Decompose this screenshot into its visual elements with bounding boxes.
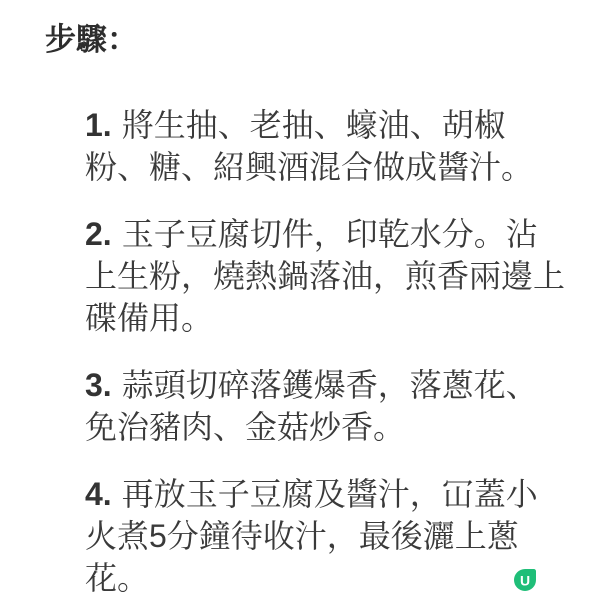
step-number: 4. (85, 476, 112, 512)
step-line: 粉、糖、紹興酒混合做成醬汁。 (85, 146, 573, 188)
step-number: 1. (85, 107, 112, 143)
step-item-3: 3.蒜頭切碎落鑊爆香，落蔥花、 免治豬肉、金菇炒香。 (85, 364, 573, 448)
step-text: 再放玉子豆腐及醬汁，冚蓋小 (122, 476, 538, 512)
step-line: 2.玉子豆腐切件，印乾水分。沾 (85, 213, 573, 255)
step-line: 火煮5分鐘待收汁，最後灑上蔥 (85, 515, 573, 557)
step-line: 3.蒜頭切碎落鑊爆香，落蔥花、 (85, 364, 573, 406)
step-number: 3. (85, 367, 112, 403)
u-logo-letter: U (520, 574, 530, 588)
step-item-4: 4.再放玉子豆腐及醬汁，冚蓋小 火煮5分鐘待收汁，最後灑上蔥 花。 (85, 473, 573, 599)
step-text: 蒜頭切碎落鑊爆香，落蔥花、 (122, 367, 538, 403)
step-number: 2. (85, 216, 112, 252)
step-line: 上生粉，燒熱鍋落油，煎香兩邊上 (85, 255, 573, 297)
steps-list: 1.將生抽、老抽、蠔油、胡椒 粉、糖、紹興酒混合做成醬汁。 2.玉子豆腐切件，印… (85, 104, 573, 599)
step-line: 免治豬肉、金菇炒香。 (85, 406, 573, 448)
step-text: 將生抽、老抽、蠔油、胡椒 (122, 107, 506, 143)
step-text: 玉子豆腐切件，印乾水分。沾 (122, 216, 538, 252)
step-line: 4.再放玉子豆腐及醬汁，冚蓋小 (85, 473, 573, 515)
step-line: 花。 (85, 557, 573, 599)
step-line: 碟備用。 (85, 297, 573, 339)
step-item-2: 2.玉子豆腐切件，印乾水分。沾 上生粉，燒熱鍋落油，煎香兩邊上 碟備用。 (85, 213, 573, 339)
step-item-1: 1.將生抽、老抽、蠔油、胡椒 粉、糖、紹興酒混合做成醬汁。 (85, 104, 573, 188)
page-title: 步驟： (0, 0, 600, 60)
ulifestyle-logo: U (514, 569, 536, 591)
step-line: 1.將生抽、老抽、蠔油、胡椒 (85, 104, 573, 146)
